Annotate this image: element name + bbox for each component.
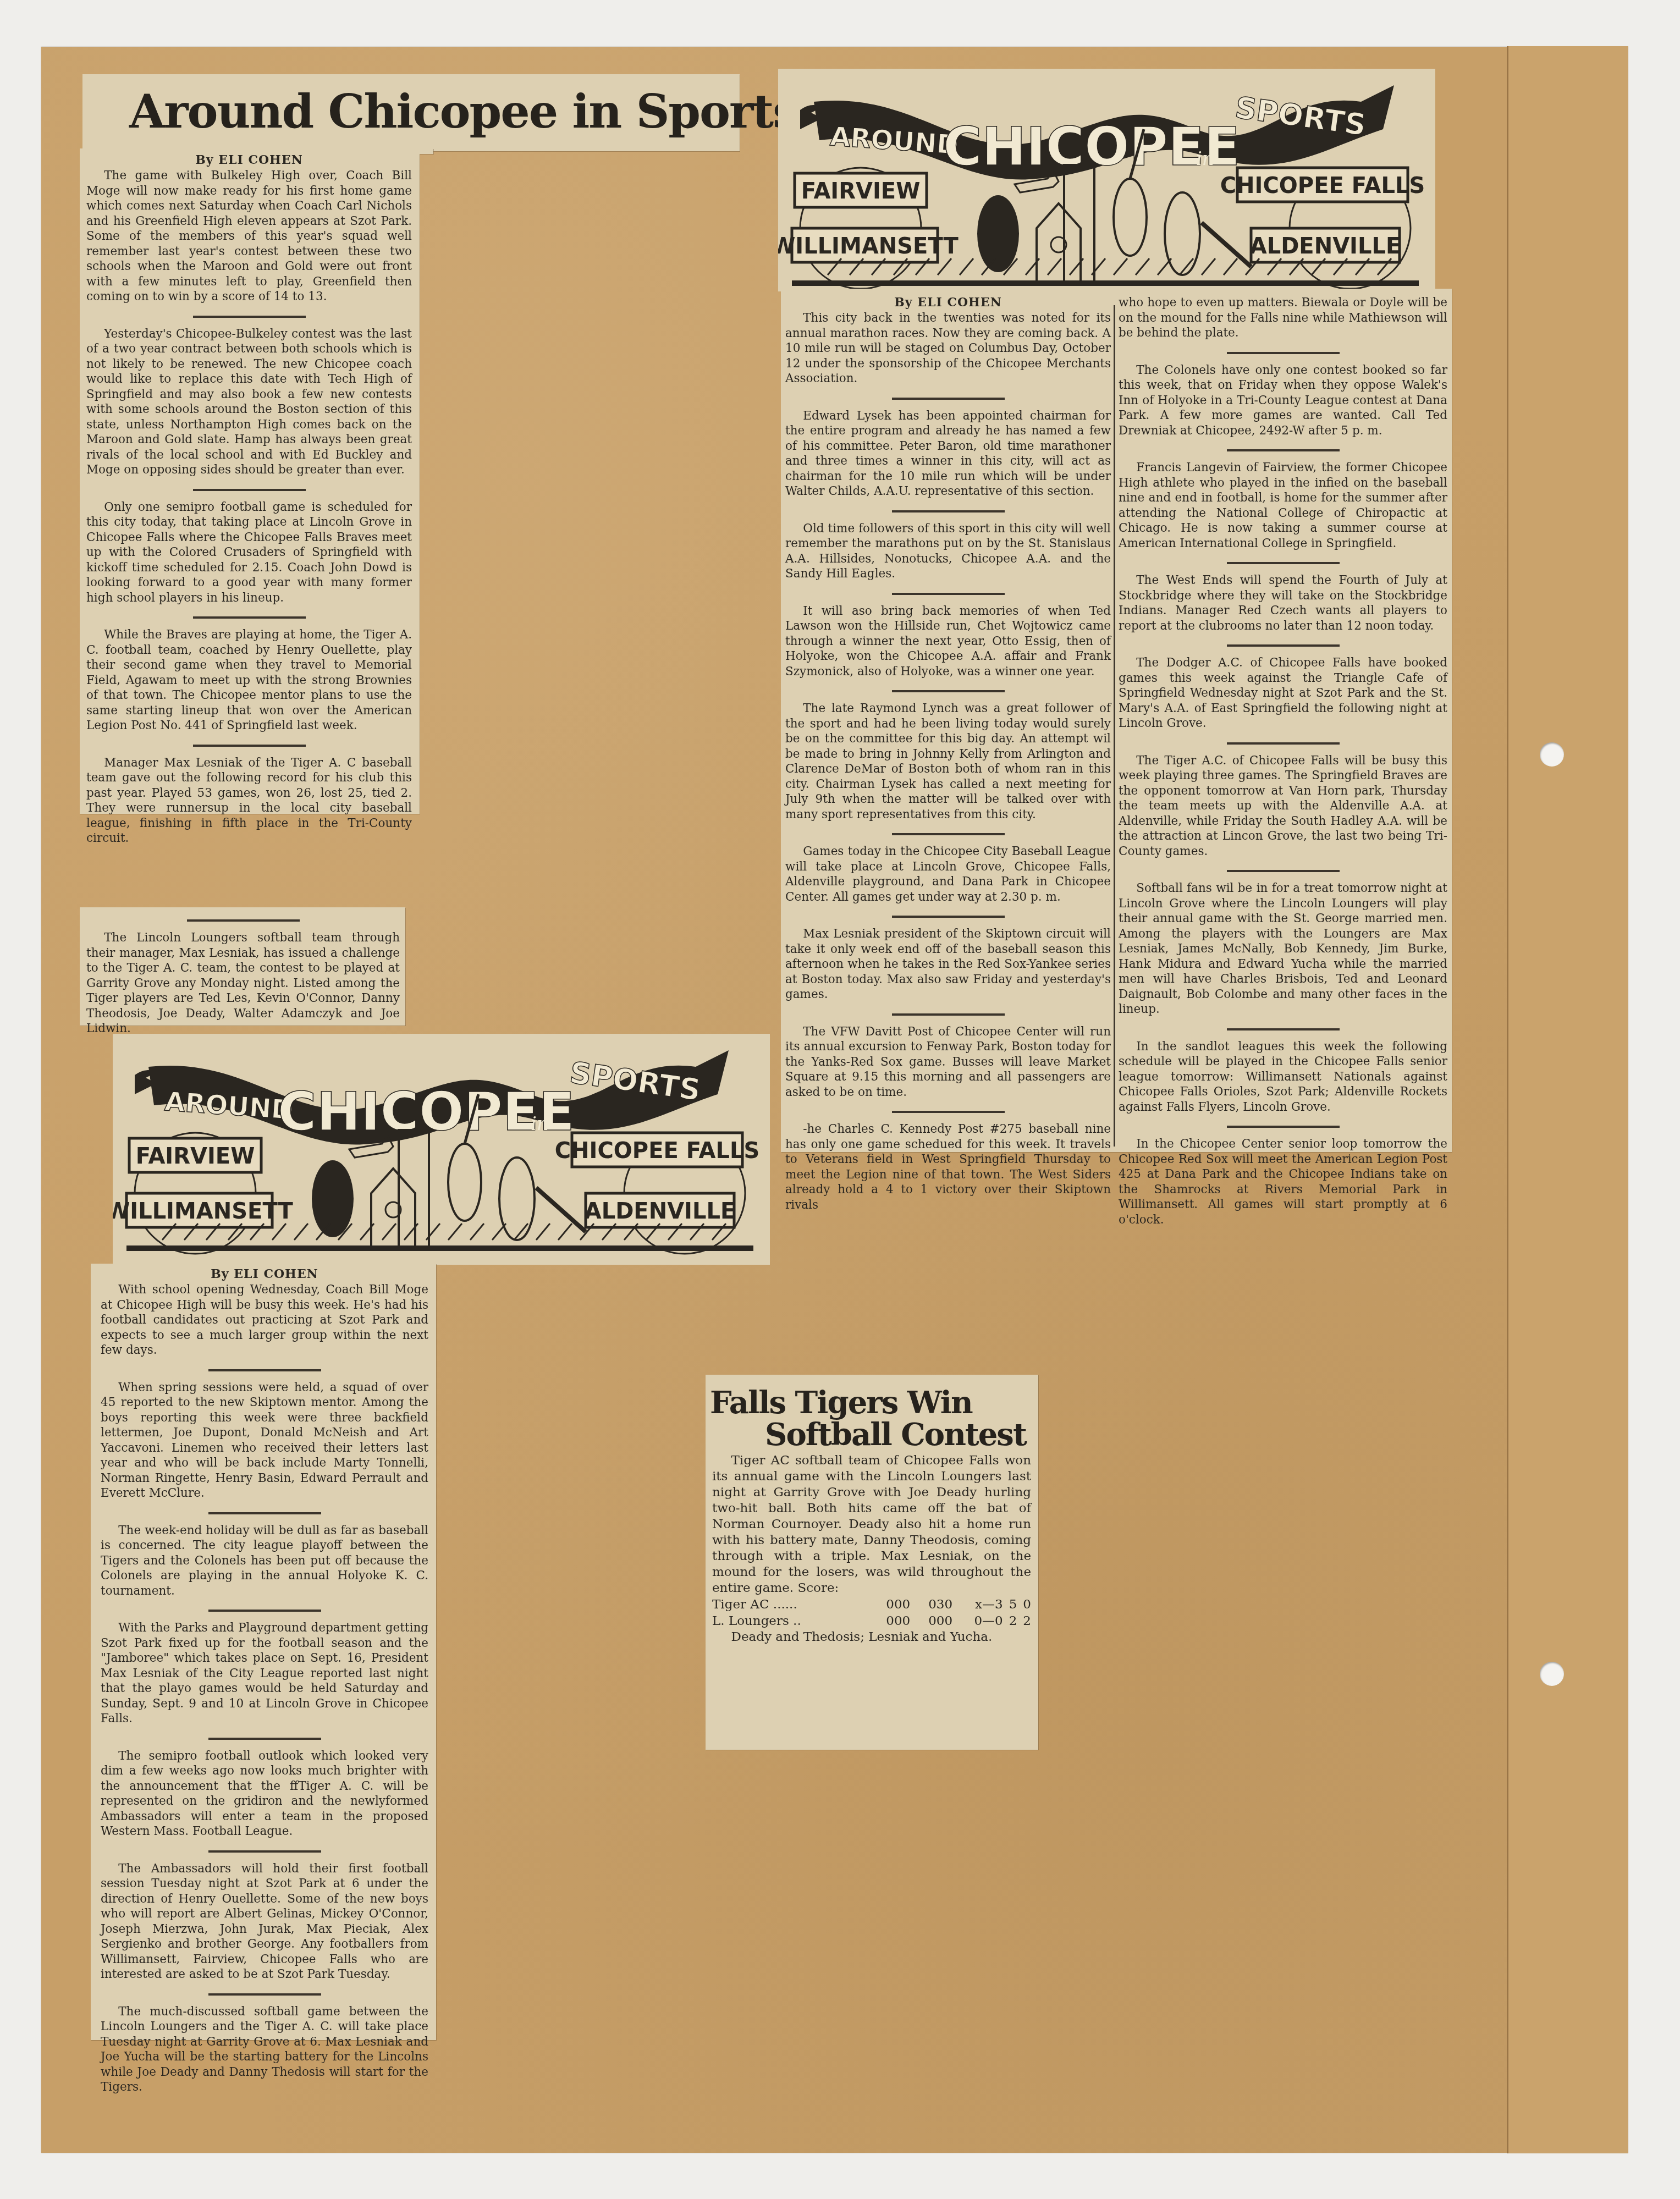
- article-paragraph: The late Raymond Lynch was a great follo…: [785, 701, 1111, 822]
- article-paragraph: It will aso bring back memories of when …: [785, 604, 1111, 680]
- linescore-inn3: x—3: [952, 1596, 1003, 1613]
- rule: [892, 916, 1005, 918]
- article-paragraph: Old time followers of this sport in this…: [785, 521, 1111, 582]
- batteries: Deady and Thedosis; Lesniak and Yucha.: [712, 1629, 1031, 1645]
- rule: [193, 745, 306, 747]
- svg-text:FAIRVIEW: FAIRVIEW: [801, 179, 921, 204]
- clipping-title-tail: [420, 148, 433, 154]
- rule: [892, 1111, 1005, 1113]
- baseball-batter-icon: [499, 1158, 535, 1240]
- article-paragraph: The Dodger A.C. of Chicopee Falls have b…: [1119, 655, 1447, 731]
- byline: By ELI COHEN: [785, 295, 1111, 310]
- banner-around-chicopee-in-sports: AROUNDCHICOPEEinSPORTSFAIRVIEWWILLIMANSE…: [113, 1034, 770, 1265]
- svg-text:CHICOPEE FALLS: CHICOPEE FALLS: [1220, 173, 1425, 199]
- article-paragraph: The game with Bulkeley High over, Coach …: [86, 168, 412, 305]
- headline-line-1: Falls Tigers Win: [710, 1385, 972, 1421]
- byline: By ELI COHEN: [86, 153, 412, 167]
- article-paragraph: With school opening Wednesday, Coach Bil…: [101, 1282, 428, 1358]
- linescore-table: Tiger AC ......000030x—350L. Loungers ..…: [712, 1596, 1031, 1629]
- punch-hole: [1540, 742, 1564, 767]
- svg-text:CHICOPEE FALLS: CHICOPEE FALLS: [555, 1138, 759, 1164]
- svg-text:WILLIMANSETT: WILLIMANSETT: [778, 234, 959, 259]
- rule: [1227, 644, 1340, 647]
- ground-line: [126, 1245, 753, 1251]
- banner-around-chicopee-in-sports: AROUNDCHICOPEEinSPORTSFAIRVIEWWILLIMANSE…: [778, 69, 1435, 291]
- clipping-around-chicopee-title: Around Chicopee in Sports: [82, 74, 740, 151]
- svg-text:ALDENVILLE: ALDENVILLE: [585, 1199, 736, 1224]
- byline: By ELI COHEN: [101, 1267, 428, 1281]
- article-paragraph: With the Parks and Playground department…: [101, 1621, 428, 1727]
- rule: [208, 1369, 321, 1371]
- article-paragraph: The semipro football outlook which looke…: [101, 1749, 428, 1839]
- svg-text:WILLIMANSETT: WILLIMANSETT: [113, 1199, 294, 1224]
- rule: [193, 489, 306, 491]
- linescore-e: 0: [1017, 1596, 1031, 1613]
- linescore-row: L. Loungers ..0000000—022: [712, 1613, 1031, 1629]
- linescore-team: Tiger AC ......: [712, 1596, 868, 1613]
- linescore-row: Tiger AC ......000030x—350: [712, 1596, 1031, 1613]
- football-player-icon: [312, 1160, 354, 1237]
- rule: [892, 833, 1005, 835]
- rule: [1227, 870, 1340, 872]
- article-body: Tiger AC softball team of Chicopee Falls…: [712, 1453, 1031, 1596]
- ground-line: [792, 280, 1419, 286]
- rule: [1227, 1126, 1340, 1128]
- clipping-lincoln-loungers: The Lincoln Loungers softball team throu…: [80, 907, 405, 1026]
- bat-icon: [536, 1188, 586, 1232]
- linescore-e: 2: [1017, 1613, 1031, 1629]
- rule: [1227, 742, 1340, 745]
- punch-hole: [1540, 1662, 1564, 1686]
- football-player-icon: [977, 195, 1019, 272]
- clipping-around-chicopee-1: By ELI COHEN The game with Bulkeley High…: [80, 148, 420, 814]
- headline: Around Chicopee in Sports: [129, 84, 797, 139]
- rule: [193, 316, 306, 318]
- rule: [1227, 352, 1340, 354]
- article-paragraph: This city back in the twenties was noted…: [785, 311, 1111, 387]
- rule: [208, 1993, 321, 1996]
- bat-icon: [1202, 223, 1251, 267]
- svg-text:in: in: [531, 1113, 549, 1135]
- article-paragraph: The Tiger A.C. of Chicopee Falls will be…: [1119, 753, 1447, 859]
- article-paragraph: Edward Lysek has been appointed chairman…: [785, 409, 1111, 499]
- article-paragraph: The much-discussed softball game between…: [101, 2004, 428, 2095]
- article-paragraph: The Ambassadors will hold their first fo…: [101, 1861, 428, 1982]
- linescore-inn2: 000: [910, 1613, 952, 1629]
- article-paragraph: who hope to even up matters. Biewala or …: [1119, 295, 1447, 341]
- rule: [208, 1850, 321, 1853]
- church-tower-icon: [399, 1130, 429, 1248]
- linescore-inn3: 0—0: [952, 1613, 1003, 1629]
- rule: [892, 690, 1005, 692]
- article-paragraph: While the Braves are playing at home, th…: [86, 627, 412, 734]
- article-paragraph: The week-end holiday will be dull as far…: [101, 1523, 428, 1599]
- rule: [1227, 1028, 1340, 1030]
- article-paragraph: Yesterday's Chicopee-Bulkeley contest wa…: [86, 327, 412, 478]
- article-paragraph: -he Charles C. Kennedy Post #275 basebal…: [785, 1122, 1111, 1213]
- runner-icon: [448, 1144, 481, 1221]
- article-paragraph: Max Lesniak president of the Skiptown ci…: [785, 927, 1111, 1002]
- linescore-inn1: 000: [868, 1613, 910, 1629]
- rule: [187, 919, 300, 922]
- headline-line-2: Softball Contest: [765, 1417, 1026, 1453]
- rule: [892, 398, 1005, 400]
- linescore-team: L. Loungers ..: [712, 1613, 868, 1629]
- church-tower-icon: [1064, 165, 1094, 283]
- rule: [208, 1512, 321, 1514]
- clipping-around-chicopee-2: By ELI COHEN This city back in the twent…: [781, 289, 1452, 1152]
- clipping-around-chicopee-3: By ELI COHEN With school opening Wednesd…: [91, 1264, 436, 2040]
- article-paragraph: In the sandlot leagues this week the fol…: [1119, 1039, 1447, 1115]
- article-paragraph: Manager Max Lesniak of the Tiger A. C ba…: [86, 756, 412, 846]
- column-divider: [1114, 305, 1115, 1147]
- rule: [1227, 562, 1340, 564]
- svg-text:FAIRVIEW: FAIRVIEW: [136, 1144, 255, 1169]
- svg-text:ALDENVILLE: ALDENVILLE: [1250, 234, 1401, 259]
- article-paragraph: The Colonels have only one contest booke…: [1119, 363, 1447, 439]
- svg-text:AROUND: AROUND: [164, 1086, 294, 1126]
- linescore-inn2: 030: [910, 1596, 952, 1613]
- article-paragraph: Only one semipro football game is schedu…: [86, 500, 412, 606]
- runner-icon: [1114, 179, 1147, 256]
- linescore-h: 5: [1003, 1596, 1017, 1613]
- rule: [892, 510, 1005, 512]
- article-paragraph: Softball fans wil be in for a treat tomo…: [1119, 881, 1447, 1017]
- article-paragraph: The Lincoln Loungers softball team throu…: [86, 930, 400, 1037]
- svg-text:in: in: [1196, 148, 1214, 170]
- rule: [892, 593, 1005, 595]
- article-paragraph: The West Ends will spend the Fourth of J…: [1119, 573, 1447, 633]
- article-paragraph: Games today in the Chicopee City Basebal…: [785, 844, 1111, 905]
- article-paragraph: The VFW Davitt Post of Chicopee Center w…: [785, 1024, 1111, 1100]
- article-paragraph: When spring sessions were held, a squad …: [101, 1380, 428, 1501]
- linescore-inn1: 000: [868, 1596, 910, 1613]
- binding-strip: [1507, 46, 1628, 2153]
- article-paragraph: In the Chicopee Center senior loop tomor…: [1119, 1137, 1447, 1227]
- baseball-batter-icon: [1165, 192, 1200, 275]
- article-paragraph: Francis Langevin of Fairview, the former…: [1119, 460, 1447, 551]
- clipping-falls-tigers-win: Falls Tigers Win Softball Contest Tiger …: [706, 1375, 1038, 1750]
- rule: [208, 1738, 321, 1740]
- rule: [892, 1013, 1005, 1016]
- rule: [193, 616, 306, 619]
- svg-text:AROUND: AROUND: [829, 121, 960, 161]
- rule: [208, 1610, 321, 1612]
- rule: [1227, 449, 1340, 451]
- linescore-h: 2: [1003, 1613, 1017, 1629]
